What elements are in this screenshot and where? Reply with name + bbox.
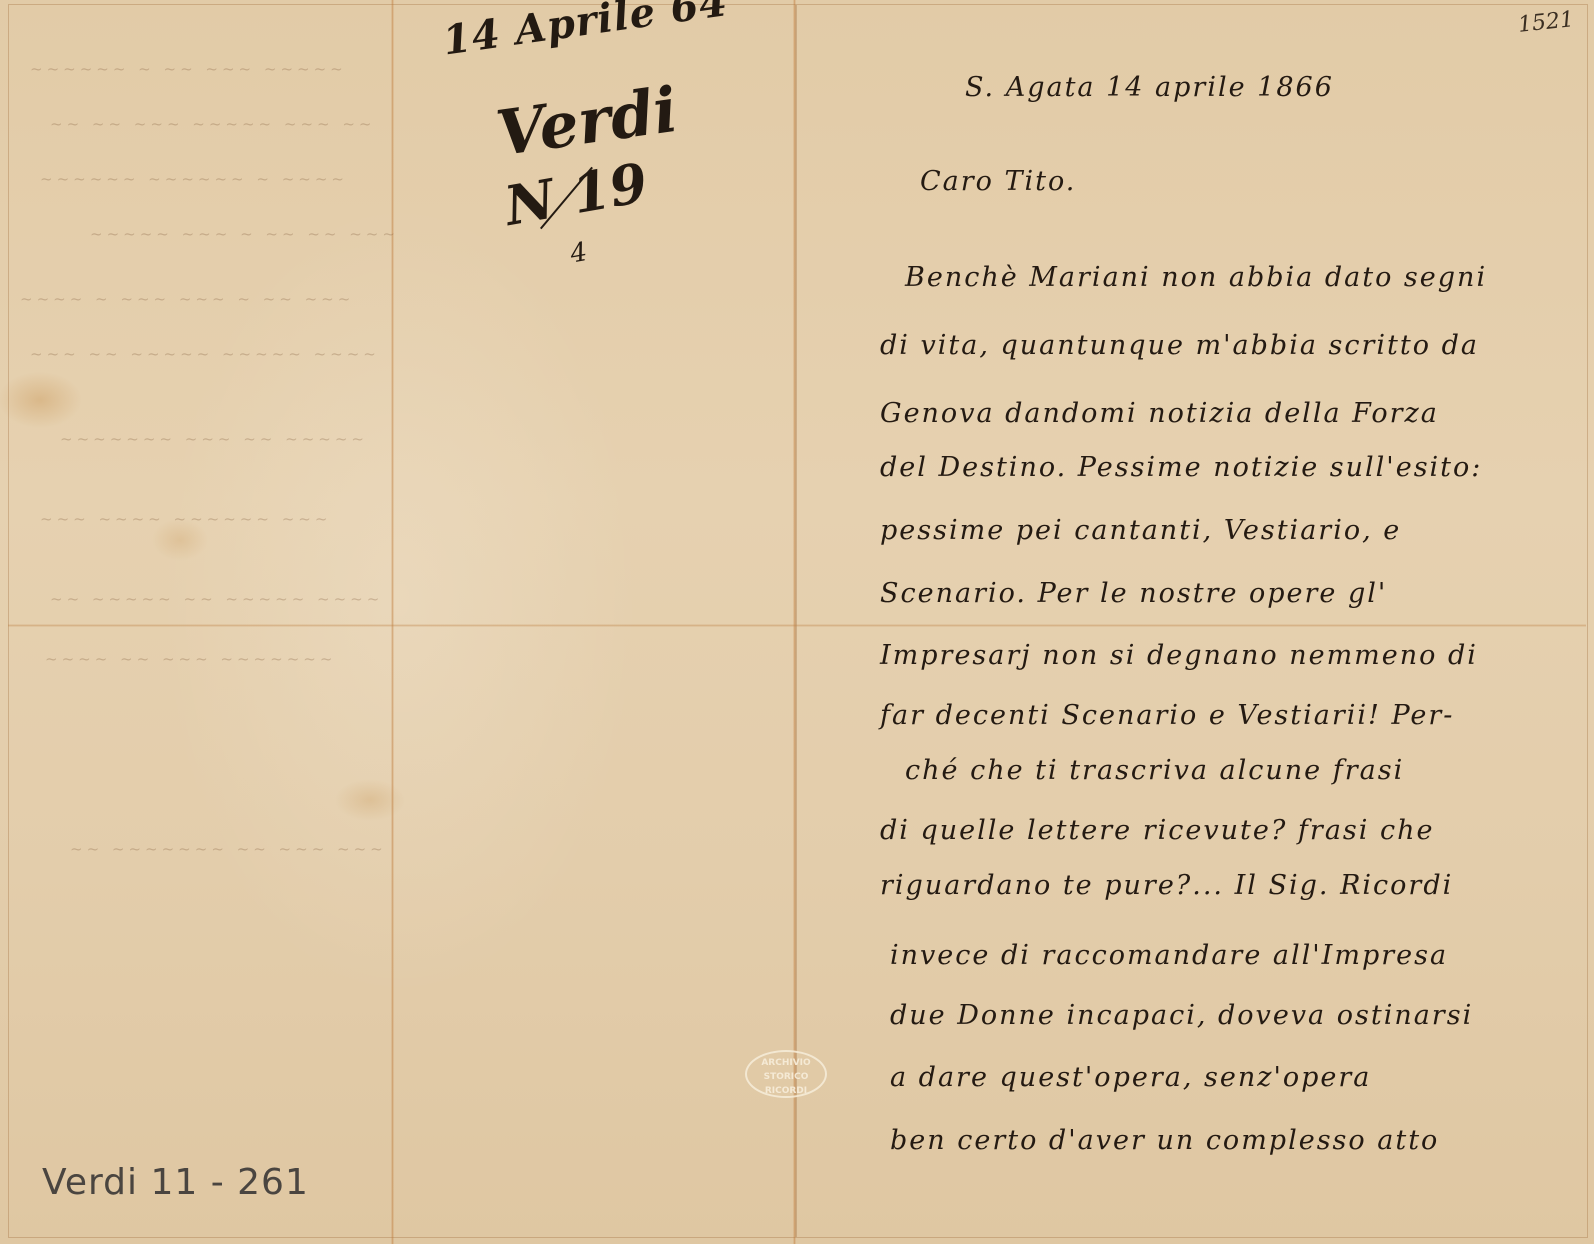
left-vertical-crease <box>391 0 394 1244</box>
letter-line: Scenario. Per le nostre opere gl' <box>880 578 1387 609</box>
letter-line: di vita, quantunque m'abbia scritto da <box>880 330 1479 361</box>
letter-line: ben certo d'aver un complesso atto <box>890 1125 1439 1156</box>
letter-line: Benchè Mariani non abbia dato segni <box>905 262 1487 293</box>
left-page <box>8 4 796 1238</box>
letter-salutation: Caro Tito. <box>920 166 1076 197</box>
letter-line: a dare quest'opera, senz'opera <box>890 1062 1371 1093</box>
letter-line: pessime pei cantanti, Vestiario, e <box>880 515 1401 546</box>
letter-line: Genova dandomi notizia della Forza <box>880 398 1439 429</box>
horizontal-crease <box>8 624 1586 627</box>
manuscript-sheet: ~~~~~~ ~ ~~ ~~~ ~~~~~ ~~ ~~ ~~~ ~~~~~ ~~… <box>0 0 1594 1244</box>
letter-line: di quelle lettere ricevute? frasi che <box>880 815 1434 846</box>
letter-line: ché che ti trascriva alcune frasi <box>905 755 1404 786</box>
letter-line: riguardano te pure?... Il Sig. Ricordi <box>880 870 1453 901</box>
pencil-catalog-label: Verdi 11 - 261 <box>42 1162 309 1203</box>
letter-dateline: S. Agata 14 aprile 1866 <box>965 72 1334 103</box>
right-page <box>796 4 1588 1238</box>
letter-line: far decenti Scenario e Vestiarii! Per- <box>880 700 1454 731</box>
letter-line: due Donne incapaci, doveva ostinarsi <box>890 1000 1473 1031</box>
letter-line: del Destino. Pessime notizie sull'esito: <box>880 452 1482 483</box>
archive-stamp: ARCHIVIO STORICO RICORDI <box>745 1050 827 1098</box>
letter-line: invece di raccomandare all'Impresa <box>890 940 1448 971</box>
letter-line: Impresarj non si degnano nemmeno di <box>880 640 1478 671</box>
